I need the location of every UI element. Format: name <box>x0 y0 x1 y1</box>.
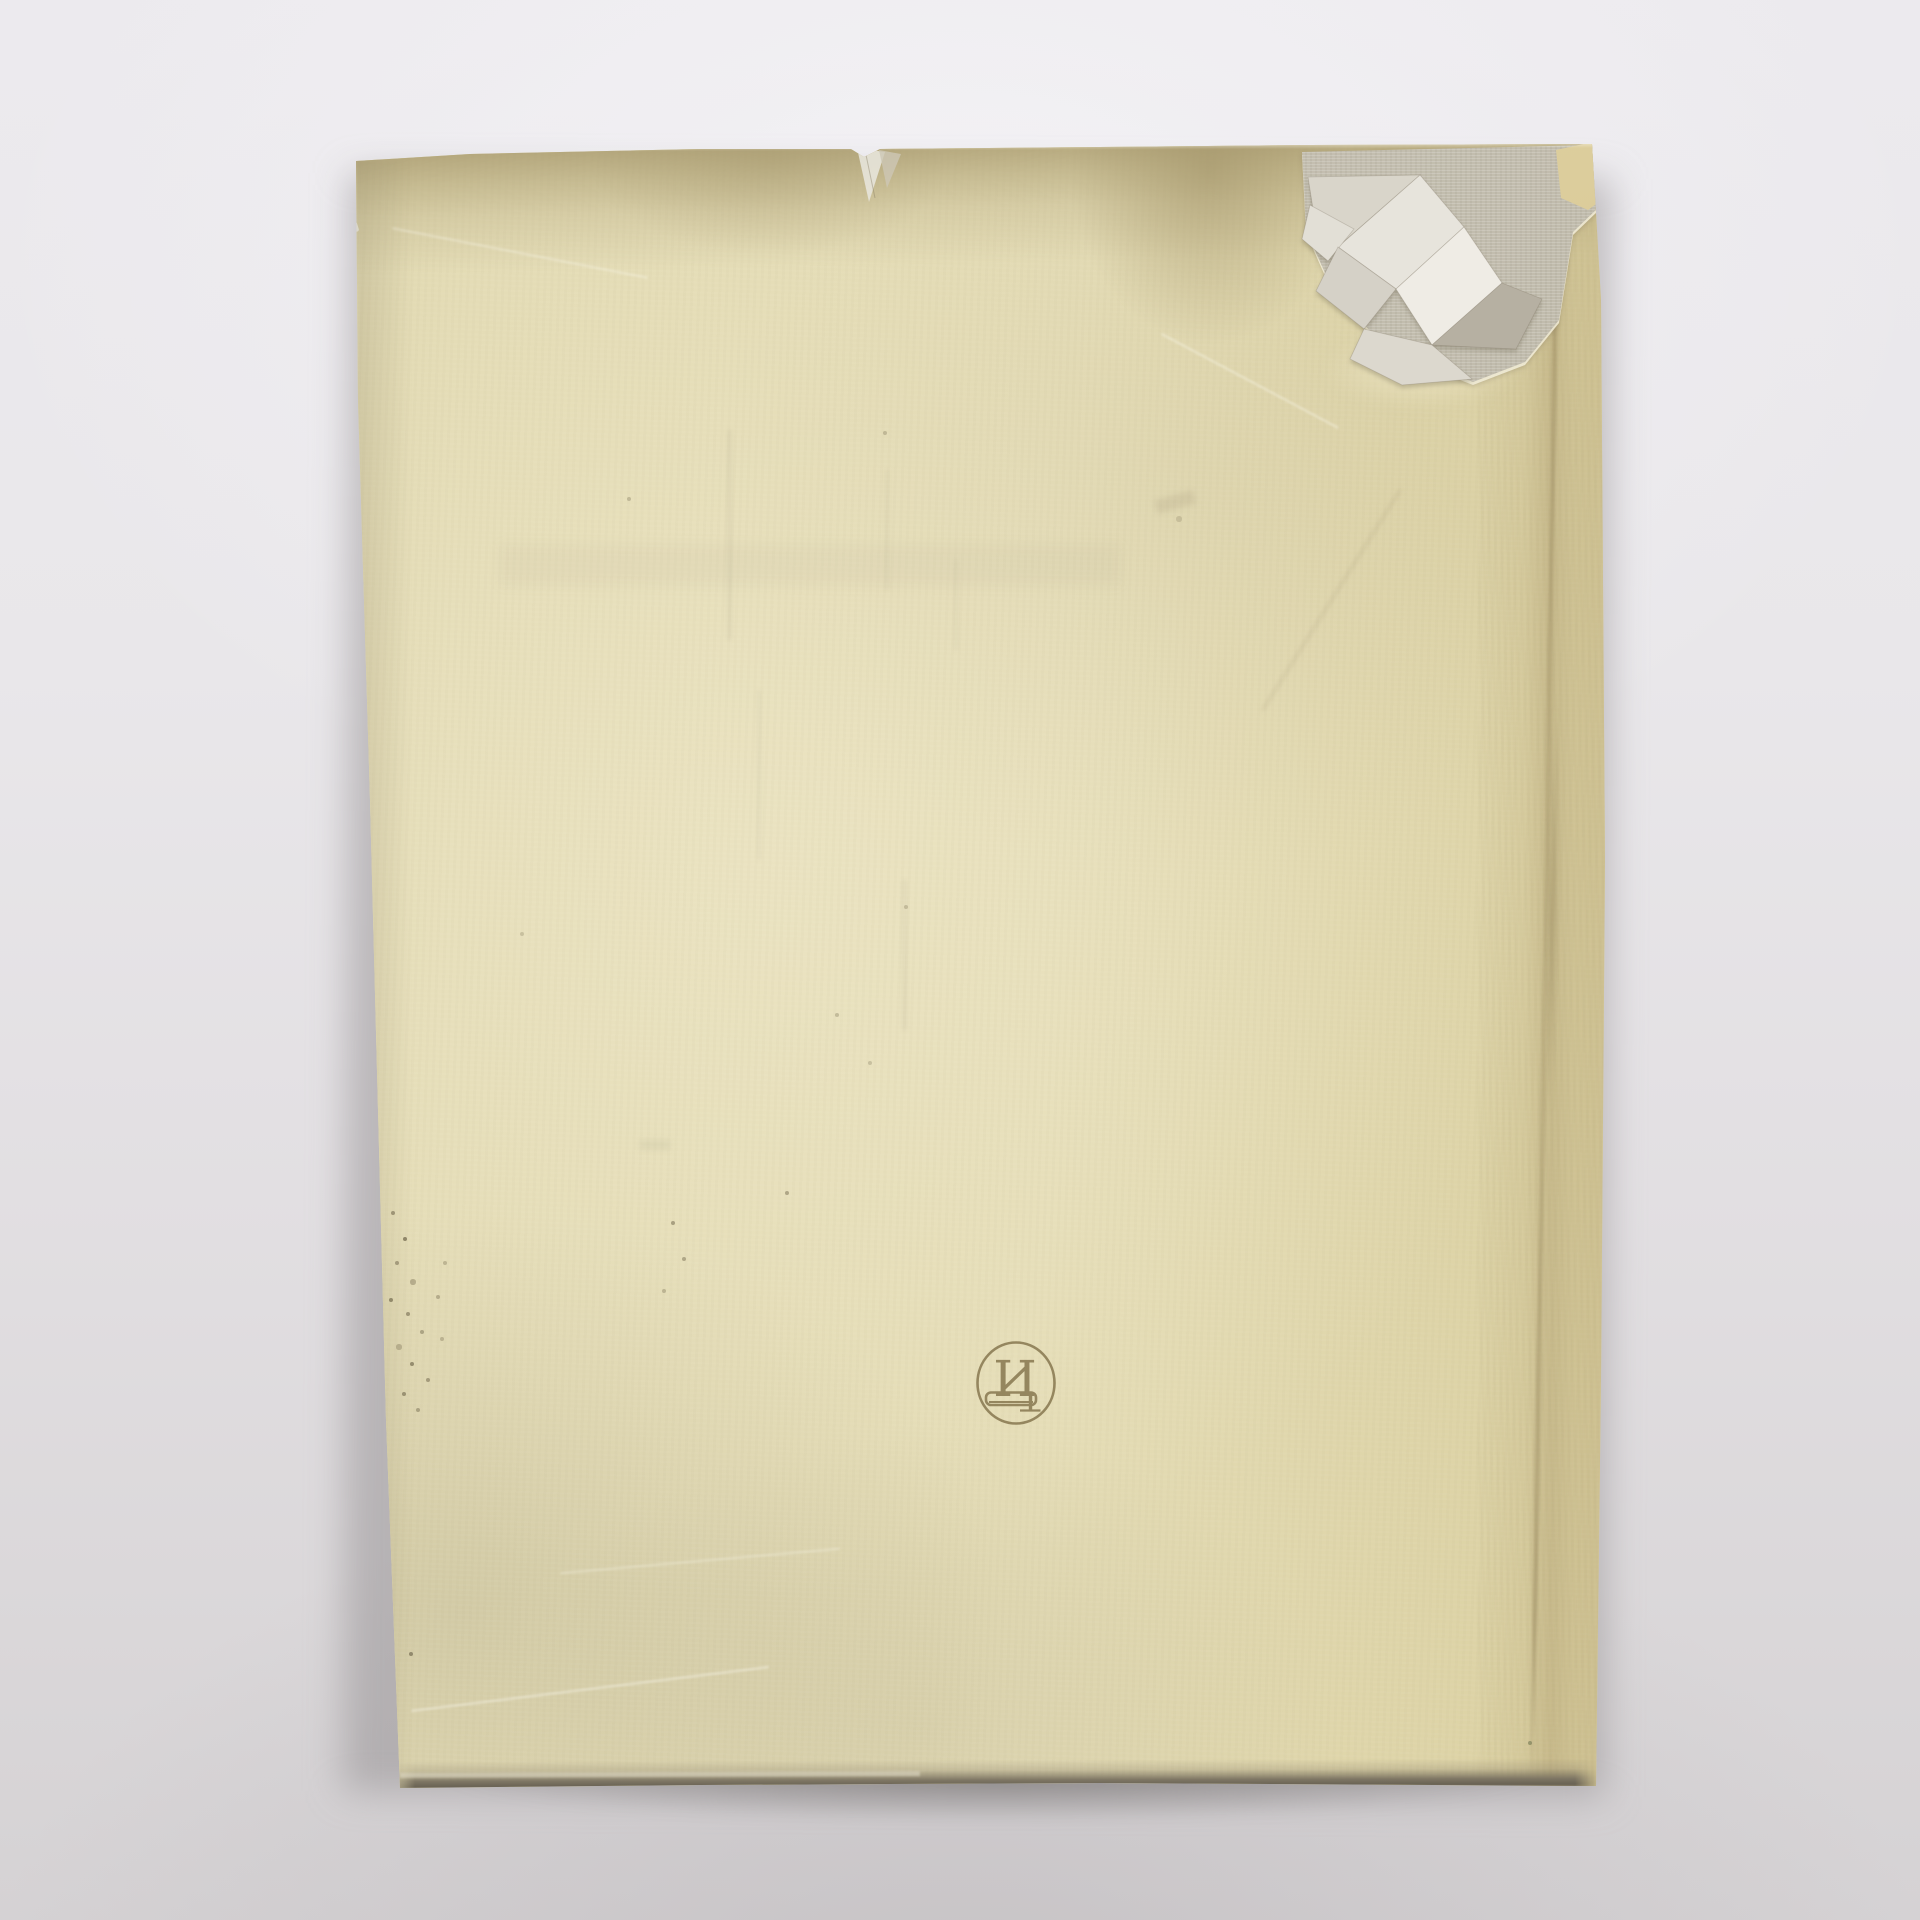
tear-flap-shadow <box>879 150 901 188</box>
scuff-streak <box>758 690 760 860</box>
photo-scene: И <box>0 0 1920 1920</box>
publisher-stamp: И <box>974 1340 1058 1426</box>
cloth-binding-wrap <box>0 0 1920 1920</box>
exposed-cloth-binding <box>0 0 1920 1920</box>
scuff-streak <box>903 880 906 1030</box>
smudge <box>640 1140 670 1150</box>
torn-paper-fragments <box>1290 163 1560 398</box>
scuff-streak <box>728 430 731 640</box>
tonal-band <box>500 545 1120 585</box>
book-back-cover: И <box>0 0 1920 1920</box>
foxing-specks <box>0 0 2 2</box>
torn-paper-facets <box>1302 175 1542 385</box>
